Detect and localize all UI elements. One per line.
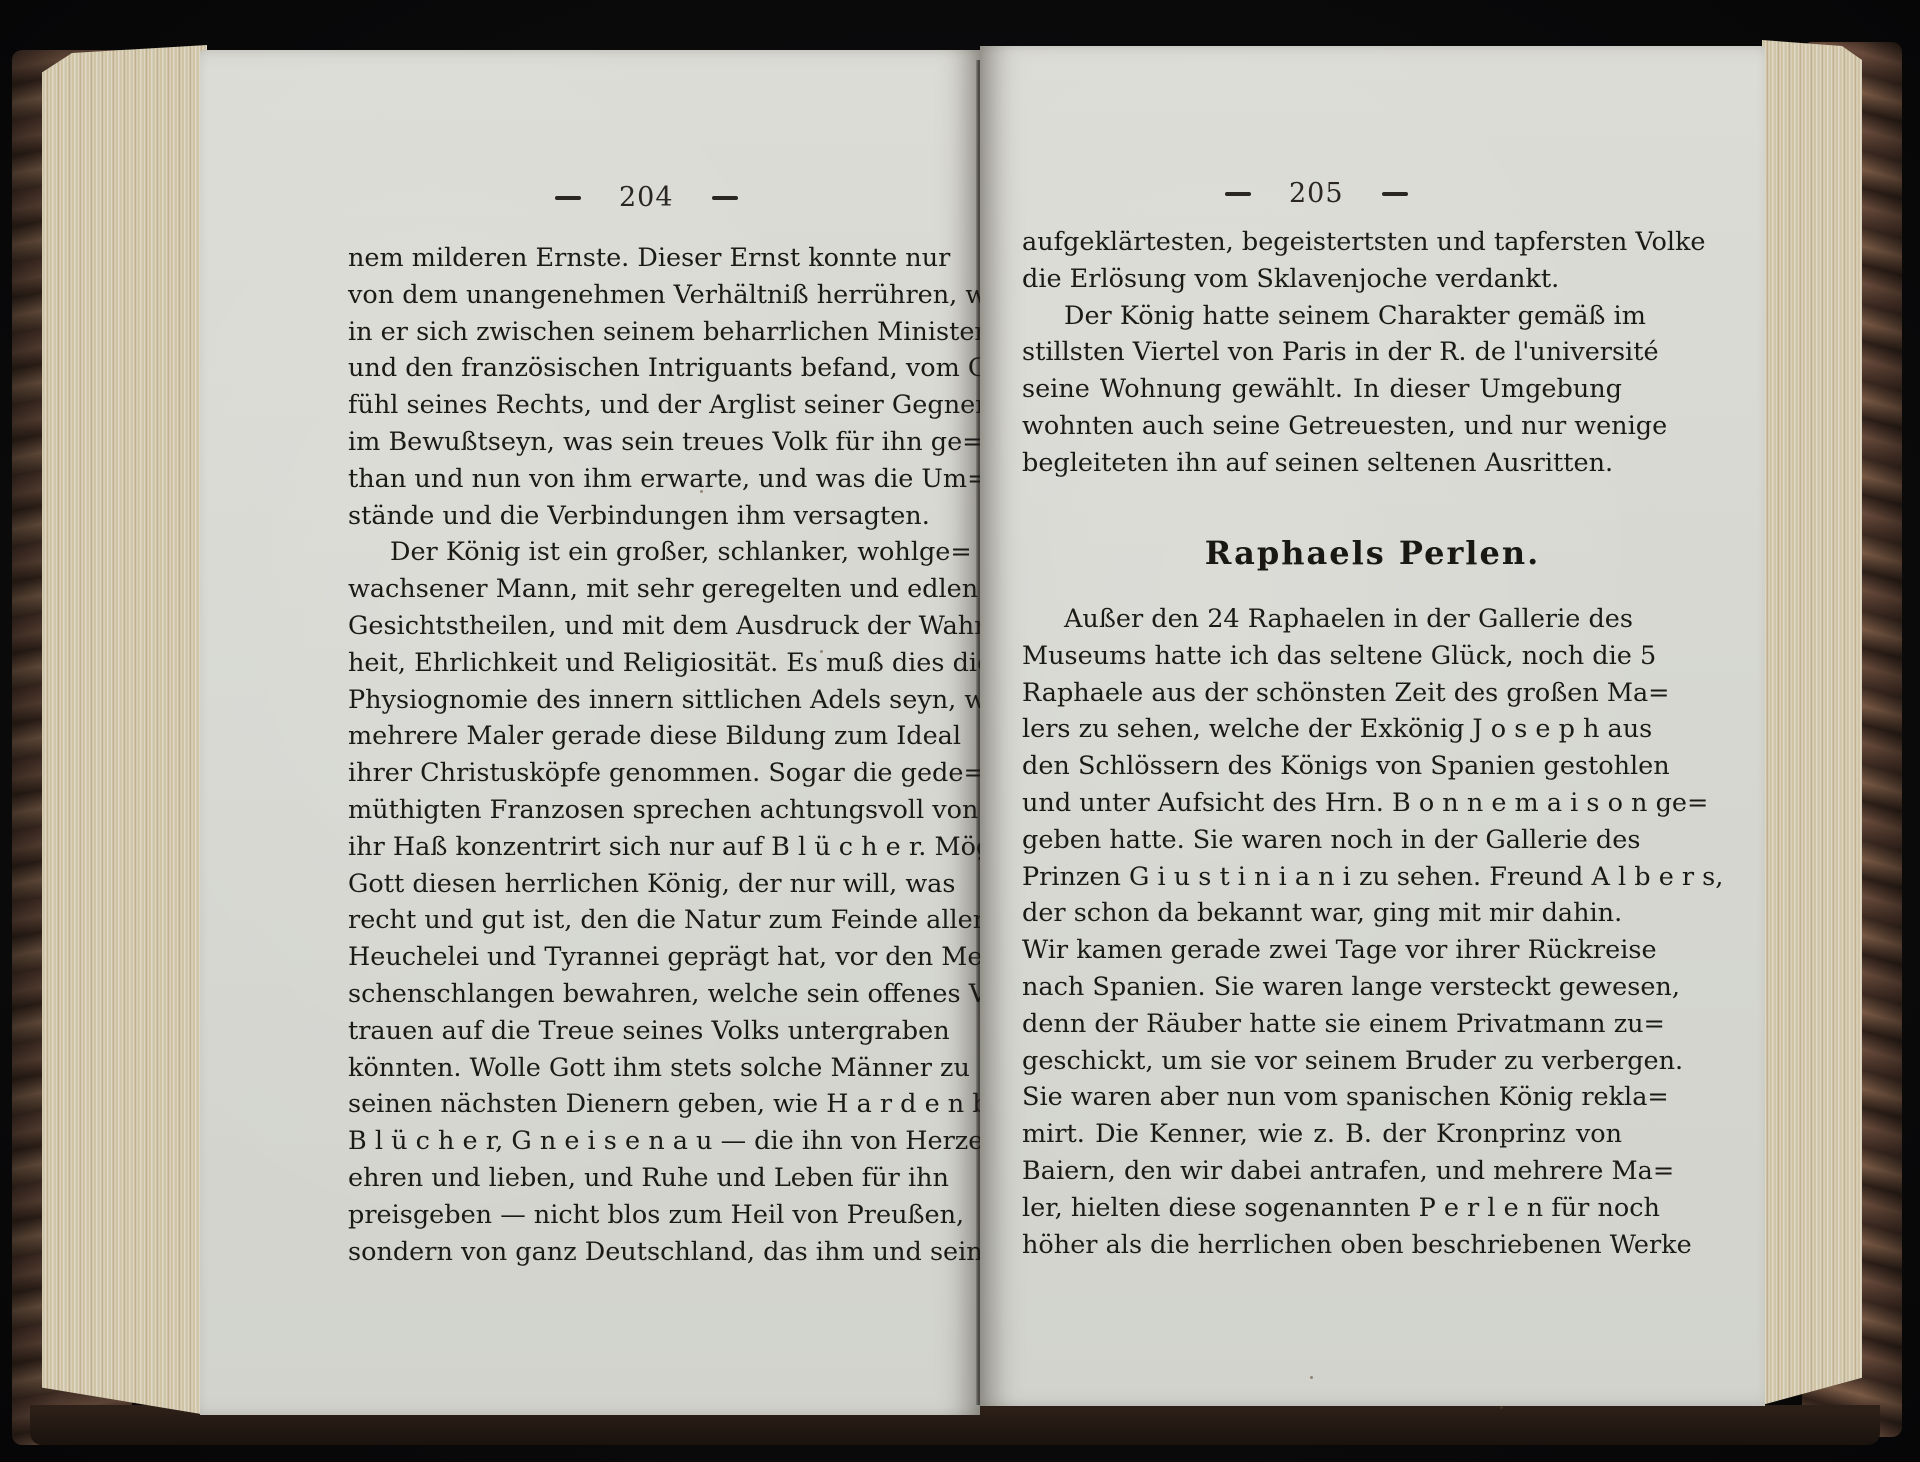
section-heading: Raphaels Perlen. [980, 534, 1765, 572]
text-line: mirt. Die Kenner, wie z. B. der Kronprin… [1022, 1116, 1622, 1153]
text-line: Gesichtstheilen, und mit dem Ausdruck de… [348, 608, 948, 645]
dash-ornament [1225, 192, 1251, 196]
page-number: 205 [1289, 178, 1344, 209]
text-line: B l ü c h e r, G n e i s e n a u — die i… [348, 1123, 948, 1160]
right-page: 205 aufgeklärtesten, begeistertsten und … [980, 46, 1765, 1406]
body-text-top: aufgeklärtesten, begeistertsten und tapf… [1022, 224, 1622, 482]
dash-ornament [555, 196, 581, 200]
text-line: than und nun von ihm erwarte, und was di… [348, 461, 948, 498]
left-page: 204 nem milderen Ernste. Dieser Ernst ko… [200, 50, 980, 1415]
text-line: Sie waren aber nun vom spanischen König … [1022, 1079, 1622, 1116]
text-line: Gott diesen herrlichen König, der nur wi… [348, 866, 948, 903]
text-line: geben hatte. Sie waren noch in der Galle… [1022, 822, 1622, 859]
text-line: wachsener Mann, mit sehr geregelten und … [348, 571, 948, 608]
dash-ornament [1382, 192, 1408, 196]
text-line: Prinzen G i u s t i n i a n i zu sehen. … [1022, 859, 1622, 896]
text-line: seine Wohnung gewählt. In dieser Umgebun… [1022, 371, 1622, 408]
text-line: ihrer Christusköpfe genommen. Sogar die … [348, 755, 948, 792]
text-line: Baiern, den wir dabei antrafen, und mehr… [1022, 1153, 1622, 1190]
text-line: wohnten auch seine Getreuesten, und nur … [1022, 408, 1622, 445]
text-line: stände und die Verbindungen ihm versagte… [348, 498, 948, 535]
text-line: geschickt, um sie vor seinem Bruder zu v… [1022, 1043, 1622, 1080]
paper-speck [1310, 1376, 1313, 1379]
book-photograph: 204 nem milderen Ernste. Dieser Ernst ko… [0, 0, 1920, 1462]
text-line: stillsten Viertel von Paris in der R. de… [1022, 334, 1622, 371]
paper-speck [1500, 1406, 1503, 1409]
text-line: mehrere Maler gerade diese Bildung zum I… [348, 718, 948, 755]
page-number-header: 204 [555, 182, 738, 213]
text-line: Wir kamen gerade zwei Tage vor ihrer Rüc… [1022, 932, 1622, 969]
body-text: nem milderen Ernste. Dieser Ernst konnte… [348, 240, 948, 1270]
text-line: schenschlangen bewahren, welche sein off… [348, 976, 948, 1013]
body-text-section: Außer den 24 Raphaelen in der Gallerie d… [1022, 601, 1622, 1263]
text-line: im Bewußtseyn, was sein treues Volk für … [348, 424, 948, 461]
text-line: denn der Räuber hatte sie einem Privatma… [1022, 1006, 1622, 1043]
text-line: nem milderen Ernste. Dieser Ernst konnte… [348, 240, 948, 277]
paper-speck [820, 650, 823, 653]
text-line: und den französischen Intriguants befand… [348, 350, 948, 387]
text-line: und unter Aufsicht des Hrn. B o n n e m … [1022, 785, 1622, 822]
page-number-header: 205 [1225, 178, 1408, 209]
text-line: preisgeben — nicht blos zum Heil von Pre… [348, 1197, 948, 1234]
text-line: seinen nächsten Dienern geben, wie H a r… [348, 1086, 948, 1123]
text-line: in er sich zwischen seinem beharrlichen … [348, 314, 948, 351]
text-line: ihr Haß konzentrirt sich nur auf B l ü c… [348, 829, 948, 866]
text-line: sondern von ganz Deutschland, das ihm un… [348, 1234, 948, 1271]
paper-speck [700, 490, 703, 493]
text-line: die Erlösung vom Sklavenjoche verdankt. [1022, 261, 1622, 298]
text-line: ler, hielten diese sogenannten P e r l e… [1022, 1190, 1622, 1227]
text-line: könnten. Wolle Gott ihm stets solche Män… [348, 1050, 948, 1087]
text-line: fühl seines Rechts, und der Arglist sein… [348, 387, 948, 424]
page-number: 204 [619, 182, 674, 213]
text-line: Physiognomie des innern sittlichen Adels… [348, 682, 948, 719]
text-line: der schon da bekannt war, ging mit mir d… [1022, 895, 1622, 932]
text-line: Museums hatte ich das seltene Glück, noc… [1022, 638, 1622, 675]
text-line: den Schlössern des Königs von Spanien ge… [1022, 748, 1622, 785]
text-line: recht und gut ist, den die Natur zum Fei… [348, 902, 948, 939]
text-line: heit, Ehrlichkeit und Religiosität. Es m… [348, 645, 948, 682]
text-line: nach Spanien. Sie waren lange versteckt … [1022, 969, 1622, 1006]
text-line: Der König ist ein großer, schlanker, woh… [348, 534, 948, 571]
text-line: Raphaele aus der schönsten Zeit des groß… [1022, 675, 1622, 712]
text-line: lers zu sehen, welche der Exkönig J o s … [1022, 711, 1622, 748]
text-line: begleiteten ihn auf seinen seltenen Ausr… [1022, 445, 1622, 482]
text-line: aufgeklärtesten, begeistertsten und tapf… [1022, 224, 1622, 261]
text-line: trauen auf die Treue seines Volks unterg… [348, 1013, 948, 1050]
text-line: müthigten Franzosen sprechen achtungsvol… [348, 792, 948, 829]
left-page-stack [42, 45, 207, 1415]
text-line: Heuchelei und Tyrannei geprägt hat, vor … [348, 939, 948, 976]
text-line: ehren und lieben, und Ruhe und Leben für… [348, 1160, 948, 1197]
text-line: Der König hatte seinem Charakter gemäß i… [1022, 298, 1622, 335]
text-line: höher als die herrlichen oben beschriebe… [1022, 1227, 1622, 1264]
right-page-stack [1762, 40, 1862, 1405]
dash-ornament [712, 196, 738, 200]
text-line: von dem unangenehmen Verhältniß herrühre… [348, 277, 948, 314]
text-line: Außer den 24 Raphaelen in der Gallerie d… [1022, 601, 1622, 638]
